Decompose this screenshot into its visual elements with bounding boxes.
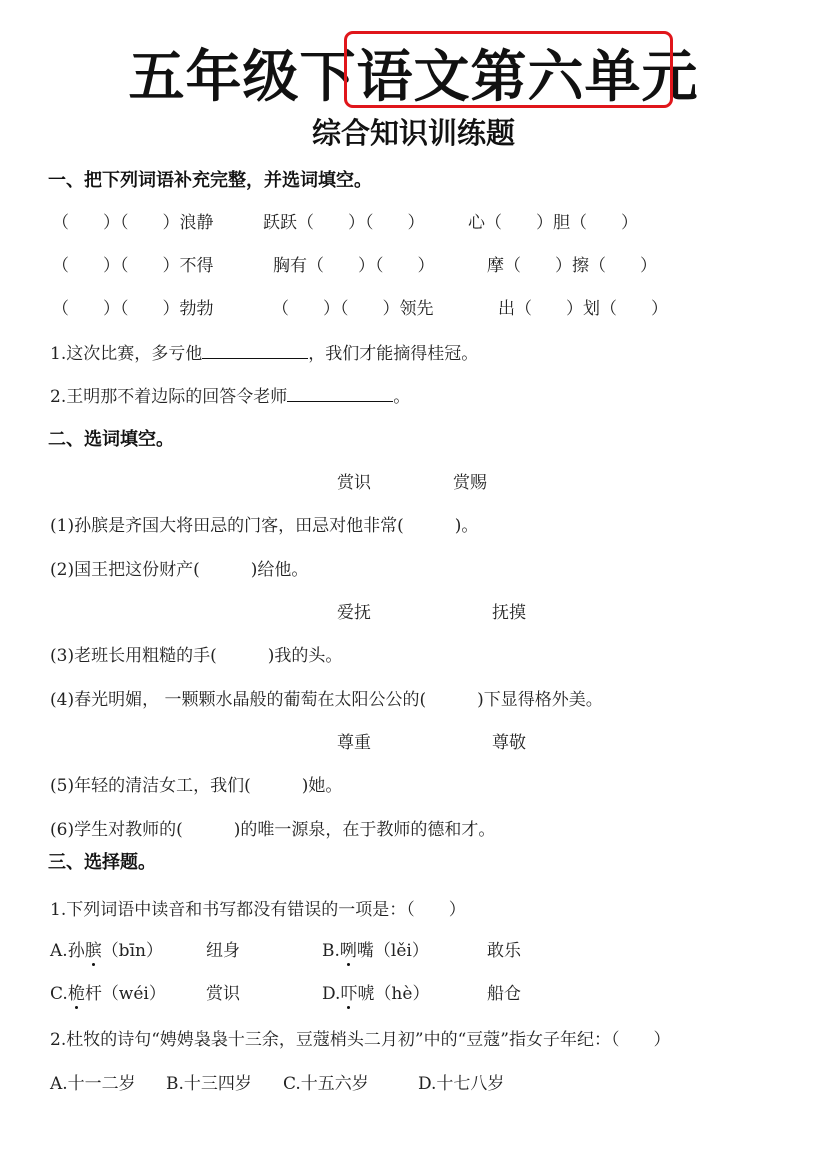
- idiom-2-1: （ ）（ ）不得: [52, 253, 214, 279]
- option-c[interactable]: C.桅杆（wéi）: [50, 981, 166, 1007]
- title-prefix: 五年级下: [129, 45, 357, 110]
- sentence-4: (4)春光明媚， 一颗颗水晶般的葡萄在太阳公公的( )下显得格外美。: [50, 687, 603, 713]
- sentence-1: (1)孙膑是齐国大将田忌的门客，田忌对他非常( )。: [50, 513, 478, 539]
- sentence-3: (3)老班长用粗糙的手( )我的头。: [50, 643, 342, 669]
- section3-heading: 三、选择题。: [48, 850, 156, 876]
- idiom-3-1: （ ）（ ）勃勃: [52, 296, 214, 322]
- section2-heading: 二、选词填空。: [48, 427, 174, 453]
- answer-blank-2[interactable]: [287, 383, 393, 402]
- option-a-extra: 纽身: [206, 938, 240, 964]
- word-choice-2b: 抚摸: [492, 600, 526, 626]
- idiom-3-2: （ ）（ ）领先: [272, 296, 434, 322]
- choice-question-1: 1.下列词语中读音和书写都没有错误的一项是：（ ）: [50, 897, 466, 923]
- idiom-1-1: （ ）（ ）浪静: [52, 210, 214, 236]
- option-b[interactable]: B.咧嘴（lěi）: [322, 938, 429, 964]
- sentence-6: (6)学生对教师的( )的唯一源泉，在于教师的德和才。: [50, 817, 495, 843]
- option-c-extra: 赏识: [206, 981, 240, 1007]
- emphasis-dot-char: 桅: [68, 984, 85, 1004]
- emphasis-dot-char: 咧: [340, 941, 357, 961]
- word-choice-3b: 尊敬: [492, 730, 526, 756]
- option-a[interactable]: A.孙膑（bīn）: [50, 938, 163, 964]
- word-choice-1a: 赏识: [337, 470, 371, 496]
- q2-option-c[interactable]: C.十五六岁: [283, 1071, 369, 1097]
- word-choice-1b: 赏赐: [453, 470, 487, 496]
- option-b-extra: 敢乐: [487, 938, 521, 964]
- section1-heading: 一、把下列词语补充完整，并选词填空。: [48, 168, 372, 194]
- fill-question-2: 2.王明那不着边际的回答令老师。: [50, 383, 410, 410]
- option-d-extra: 船仓: [487, 981, 521, 1007]
- word-choice-2a: 爱抚: [337, 600, 371, 626]
- emphasis-dot-char: 吓: [340, 984, 357, 1004]
- q2-option-a[interactable]: A.十一二岁: [50, 1071, 136, 1097]
- idiom-1-2: 跃跃（ ）（ ）: [263, 210, 425, 236]
- sentence-2: (2)国王把这份财产( )给他。: [50, 557, 308, 583]
- q2-option-d[interactable]: D.十七八岁: [418, 1071, 504, 1097]
- answer-blank-1[interactable]: [202, 340, 308, 359]
- sentence-5: (5)年轻的清洁女工，我们( )她。: [50, 773, 342, 799]
- word-choice-3a: 尊重: [337, 730, 371, 756]
- idiom-1-3: 心（ ）胆（ ）: [468, 210, 638, 236]
- choice-question-2: 2.杜牧的诗句“娉娉袅袅十三余，豆蔻梢头二月初”中的“豆蔻”指女子年纪：（ ）: [50, 1027, 670, 1053]
- idiom-2-2: 胸有（ ）（ ）: [273, 253, 435, 279]
- idiom-3-3: 出（ ）划（ ）: [498, 296, 668, 322]
- emphasis-dot-char: 膑: [85, 941, 102, 961]
- page-subtitle: 综合知识训练题: [0, 113, 827, 153]
- fill-question-1: 1.这次比赛，多亏他，我们才能摘得桂冠。: [50, 340, 478, 367]
- option-d[interactable]: D.吓唬（hè）: [322, 981, 429, 1007]
- idiom-2-3: 摩（ ）擦（ ）: [487, 253, 657, 279]
- q2-option-b[interactable]: B.十三四岁: [166, 1071, 252, 1097]
- highlight-box: [344, 31, 673, 108]
